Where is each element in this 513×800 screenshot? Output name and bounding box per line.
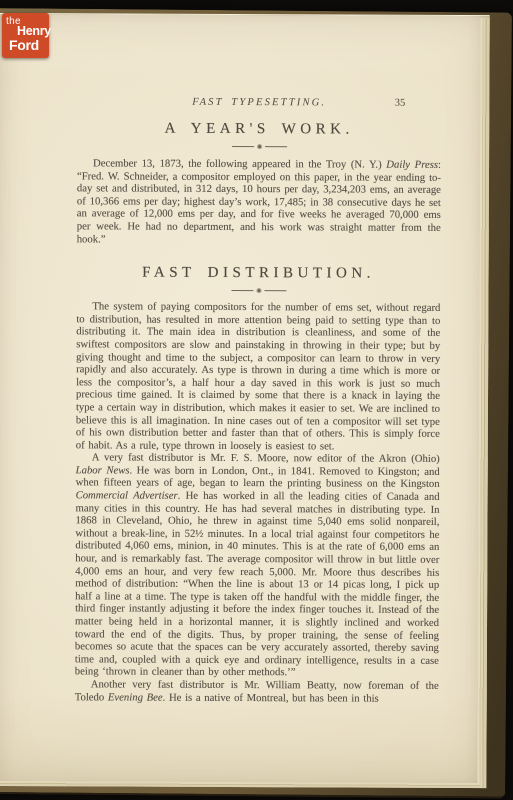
paragraph-distribution-system: The system of paying compositors for the… (76, 300, 441, 453)
divider-line (231, 290, 253, 291)
divider-dot-icon (256, 288, 261, 293)
paragraph-moore: A very fast distributor is Mr. F. S. Moo… (75, 452, 440, 680)
running-head: FAST TYPESETTING. 35 (77, 96, 441, 109)
divider-dot-icon (257, 144, 262, 149)
scan-background: { "colors": { "background": "#0e0c0a", "… (0, 0, 513, 800)
section-title-a-years-work: A YEAR'S WORK. (77, 120, 441, 139)
ornament-divider (76, 287, 440, 294)
running-head-title: FAST TYPESETTING. (192, 97, 326, 109)
book-page: FAST TYPESETTING. 35 A YEAR'S WORK. Dece… (0, 13, 490, 788)
section-title-fast-distribution: FAST DISTRIBUTION. (77, 264, 441, 283)
divider-line (265, 146, 287, 147)
henry-ford-logo: the Henry Ford (2, 13, 49, 58)
paragraph-years-work: December 13, 1873, the following appeare… (77, 157, 441, 247)
divider-line (232, 146, 254, 147)
divider-line (264, 290, 286, 291)
logo-word-henry: Henry (17, 25, 49, 38)
ornament-divider (77, 143, 441, 150)
logo-word-ford: Ford (9, 38, 49, 52)
paragraph-beatty: Another very fast distributor is Mr. Wil… (75, 678, 439, 705)
page-number: 35 (395, 98, 406, 109)
page-content: FAST TYPESETTING. 35 A YEAR'S WORK. Dece… (0, 14, 490, 788)
